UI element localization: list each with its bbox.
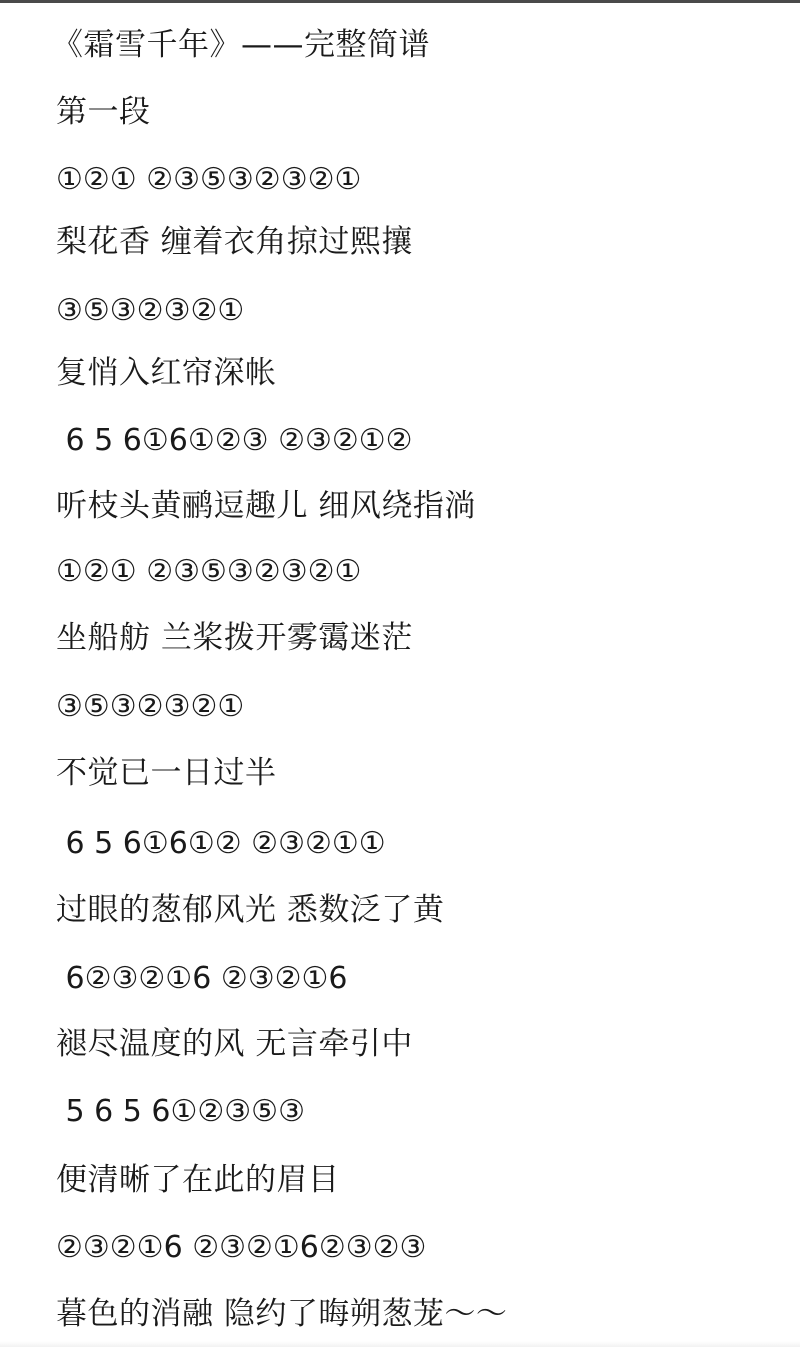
- lyrics-line: 过眼的葱郁风光 悉数泛了黄: [56, 886, 444, 934]
- notation-line: 6②③②①6 ②③②①6: [56, 955, 348, 1003]
- lyrics-line: 暮色的消融 隐约了晦朔葱茏～～: [56, 1290, 507, 1338]
- lyrics-line: 不觉已一日过半: [56, 749, 277, 797]
- notation-line: 6 5 6①6①② ②③②①①: [56, 820, 386, 868]
- lyrics-line: 便清晰了在此的眉目: [56, 1156, 340, 1204]
- notation-line: 6 5 6①6①②③ ②③②①②: [56, 417, 413, 465]
- notation-line: ③⑤③②③②①: [56, 683, 244, 731]
- section-label: 第一段: [56, 88, 151, 136]
- document-title: 《霜雪千年》——完整简谱: [52, 21, 430, 69]
- lyrics-line: 褪尽温度的风 无言牵引中: [56, 1020, 413, 1068]
- bottom-edge: [0, 1341, 800, 1347]
- notation-line: ①②① ②③⑤③②③②①: [56, 548, 361, 596]
- notation-line: ③⑤③②③②①: [56, 287, 244, 335]
- notation-line: ②③②①6 ②③②①6②③②③: [56, 1224, 426, 1272]
- notation-line: 5 6 5 6①②③⑤③: [56, 1088, 305, 1136]
- lyrics-line: 坐船舫 兰桨拨开雾霭迷茫: [56, 614, 413, 662]
- notation-line: ①②① ②③⑤③②③②①: [56, 156, 361, 204]
- lyrics-line: 梨花香 缠着衣角掠过熙攘: [56, 218, 413, 266]
- lyrics-line: 听枝头黄鹂逗趣儿 细风绕指淌: [56, 482, 476, 530]
- top-border: [0, 0, 800, 3]
- lyrics-line: 复悄入红帘深帐: [56, 349, 277, 397]
